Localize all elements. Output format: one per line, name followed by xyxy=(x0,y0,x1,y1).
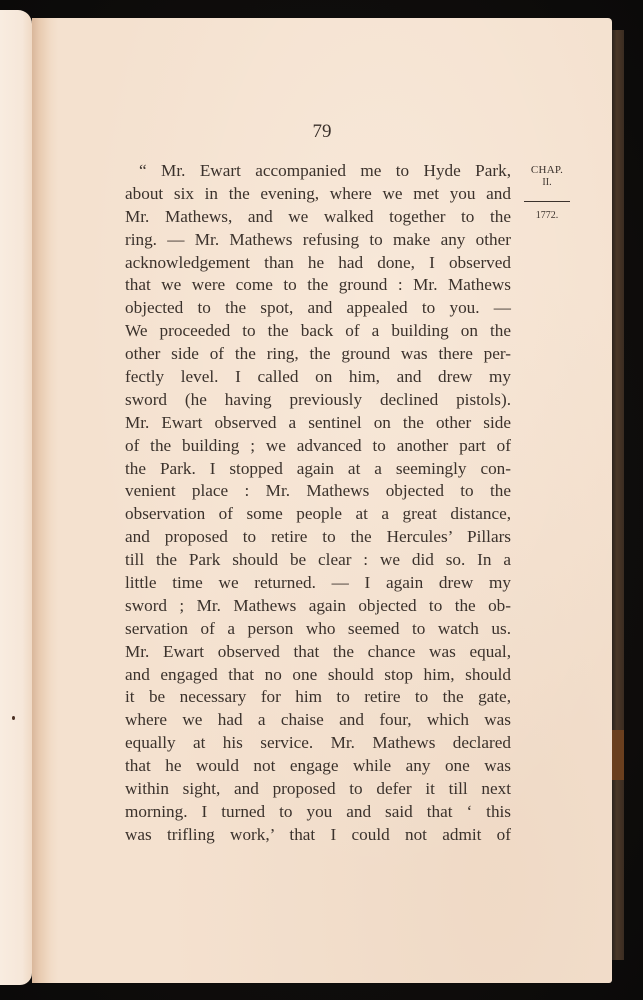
text-line: other side of the ring, the ground was t… xyxy=(125,343,511,366)
text-line: and proposed to retire to the Hercules’ … xyxy=(125,526,511,549)
text-line: sword ; Mr. Mathews again objected to th… xyxy=(125,595,511,618)
text-line: where we had a chaise and four, which wa… xyxy=(125,709,511,732)
text-line: ring. — Mr. Mathews refusing to make any… xyxy=(125,229,511,252)
text-line: that we were come to the ground : Mr. Ma… xyxy=(125,274,511,297)
book-binding-edge xyxy=(612,30,624,960)
text-line: Mr. Ewart observed a sentinel on the oth… xyxy=(125,412,511,435)
text-line: sword (he having previously declined pis… xyxy=(125,389,511,412)
text-line: “ Mr. Ewart accompanied me to Hyde Park, xyxy=(125,160,511,183)
text-line: that he would not engage while any one w… xyxy=(125,755,511,778)
text-line: equally at his service. Mr. Mathews decl… xyxy=(125,732,511,755)
text-line: morning. I turned to you and said that ‘… xyxy=(125,801,511,824)
text-line: it be necessary for him to retire to the… xyxy=(125,686,511,709)
text-line: objected to the spot, and appealed to yo… xyxy=(125,297,511,320)
paper-speck xyxy=(12,716,15,720)
text-line: the Park. I stopped again at a seemingly… xyxy=(125,458,511,481)
previous-page-edge xyxy=(0,10,32,985)
text-line: within sight, and proposed to defer it t… xyxy=(125,778,511,801)
year-label: 1772. xyxy=(519,210,575,222)
text-line: venient place : Mr. Mathews objected to … xyxy=(125,480,511,503)
text-line: Mr. Mathews, and we walked together to t… xyxy=(125,206,511,229)
text-line: of the building ; we advanced to another… xyxy=(125,435,511,458)
text-line: Mr. Ewart observed that the chance was e… xyxy=(125,641,511,664)
text-line: acknowledgement than he had done, I obse… xyxy=(125,252,511,275)
body-text: “ Mr. Ewart accompanied me to Hyde Park,… xyxy=(125,160,511,847)
page-number: 79 xyxy=(32,121,612,143)
text-line: about six in the evening, where we met y… xyxy=(125,183,511,206)
margin-note: CHAP. II. 1772. xyxy=(519,164,575,222)
book-page: 79 “ Mr. Ewart accompanied me to Hyde Pa… xyxy=(32,18,612,983)
book-photo: 79 “ Mr. Ewart accompanied me to Hyde Pa… xyxy=(0,0,643,1000)
text-line: little time we returned. — I again drew … xyxy=(125,572,511,595)
chapter-label: CHAP. xyxy=(519,164,575,177)
text-line: fectly level. I called on him, and drew … xyxy=(125,366,511,389)
binding-wear xyxy=(612,730,624,780)
chapter-number: II. xyxy=(519,177,575,189)
text-line: servation of a person who seemed to watc… xyxy=(125,618,511,641)
text-line: We proceeded to the back of a building o… xyxy=(125,320,511,343)
text-line: observation of some people at a great di… xyxy=(125,503,511,526)
text-line: till the Park should be clear : we did s… xyxy=(125,549,511,572)
text-line: and engaged that no one should stop him,… xyxy=(125,664,511,687)
margin-rule xyxy=(524,201,570,202)
text-line: was trifling work,’ that I could not adm… xyxy=(125,824,511,847)
